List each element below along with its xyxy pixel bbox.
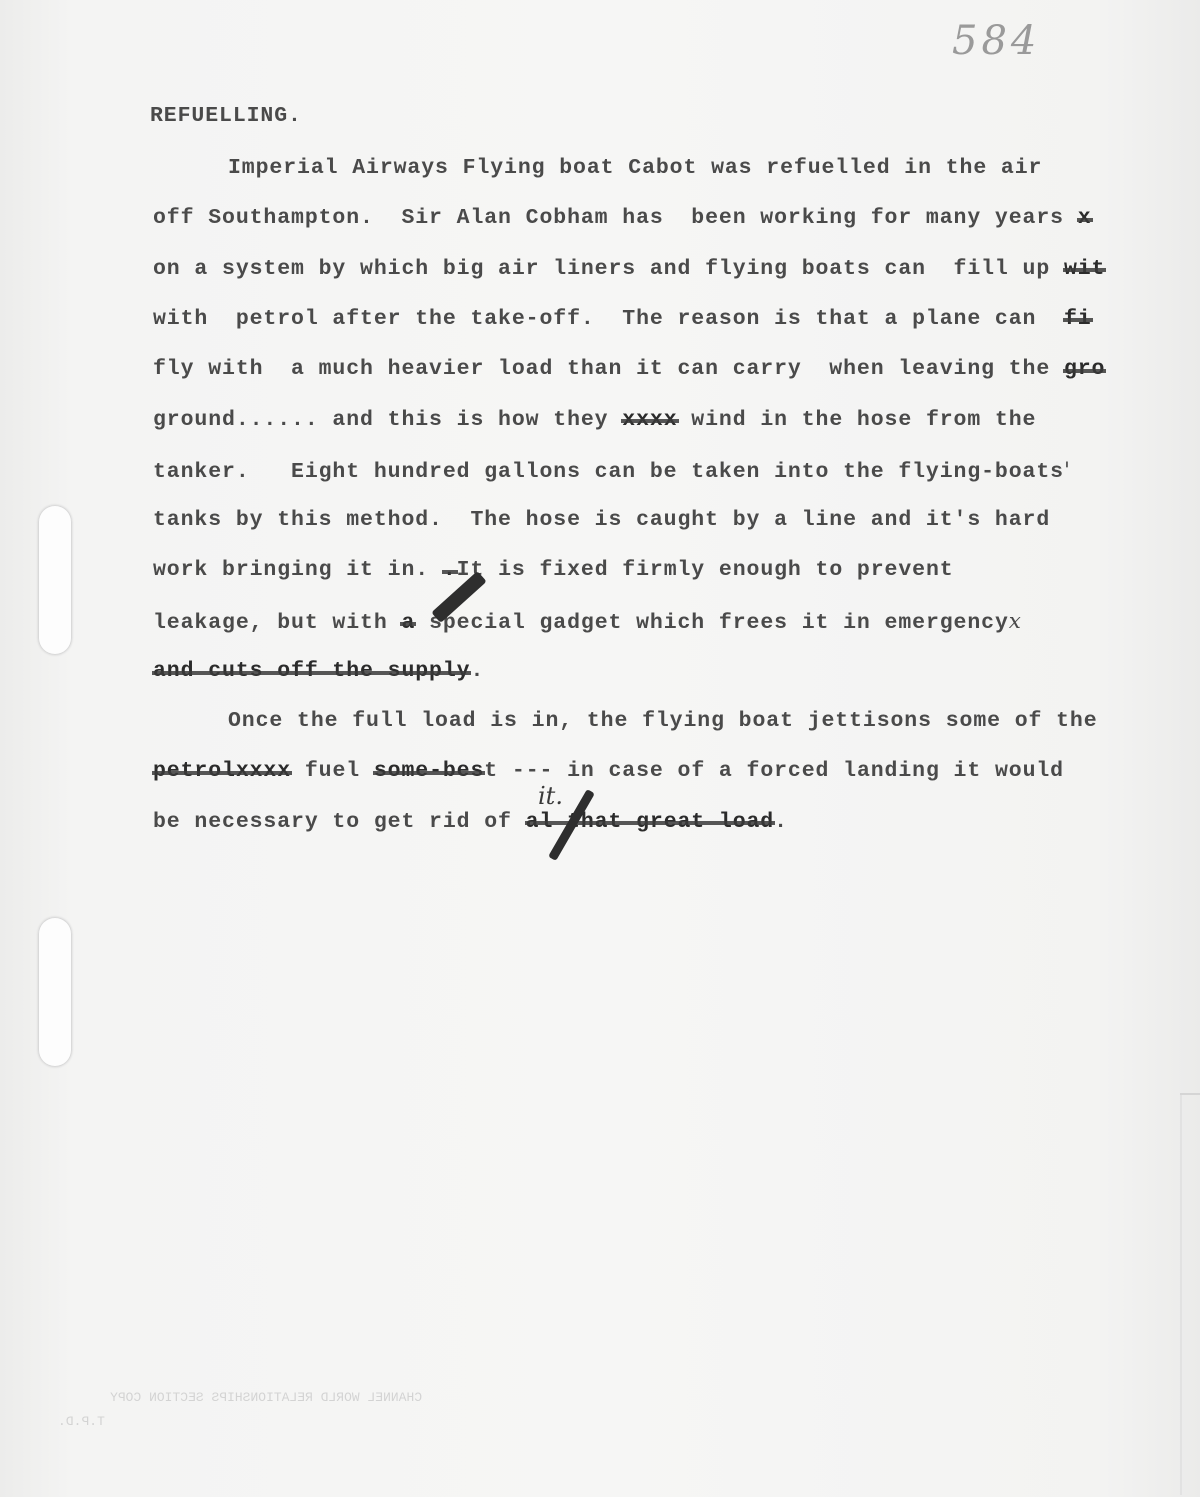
handwritten-mark: ': [1064, 458, 1071, 483]
typed-text: tanks by this method. The hose is caught…: [153, 508, 1050, 532]
struck-through-text: xxxx: [622, 408, 677, 432]
struck-through-text: a: [401, 611, 415, 635]
typed-text: .: [470, 659, 484, 683]
typed-text: leakage, but with: [153, 611, 401, 635]
body-line: leakage, but with a special gadget which…: [153, 609, 1022, 635]
body-line: on a system by which big air liners and …: [153, 257, 1105, 281]
struck-through-text: and cuts off the supply: [153, 659, 470, 683]
body-line: be necessary to get rid of al that great…: [153, 810, 788, 834]
struck-through-text: some-bes: [374, 759, 484, 783]
page-edge-mark: [1180, 1093, 1200, 1095]
body-line: fly with a much heavier load than it can…: [153, 357, 1105, 381]
punch-hole-bottom: [38, 917, 72, 1067]
typed-text: special gadget which frees it in emergen…: [415, 611, 1009, 635]
page-edge-line: [1180, 1095, 1182, 1495]
typed-text: ground...... and this is how they: [153, 408, 622, 432]
bleed-through-stamp: CHANNEL WORLD RELATIONSHIPS SECTION COPY: [110, 1390, 422, 1405]
typed-text: wind in the hose from the: [678, 408, 1037, 432]
body-line: Once the full load is in, the flying boa…: [228, 709, 1098, 733]
body-line: with petrol after the take-off. The reas…: [153, 307, 1092, 331]
body-line: and cuts off the supply.: [153, 659, 484, 683]
typed-text: off Southampton. Sir Alan Cobham has bee…: [153, 206, 1078, 230]
typed-text: on a system by which big air liners and …: [153, 257, 1064, 281]
body-line: off Southampton. Sir Alan Cobham has bee…: [153, 206, 1092, 230]
handwritten-page-number: 584: [952, 18, 1040, 64]
struck-through-text: x: [1078, 206, 1092, 230]
body-line: Imperial Airways Flying boat Cabot was r…: [228, 156, 1042, 180]
punch-hole-top: [38, 505, 72, 655]
typed-text: Once the full load is in, the flying boa…: [228, 709, 1098, 733]
typed-text: t --- in case of a forced landing it wou…: [484, 759, 1064, 783]
struck-through-text: wit: [1064, 257, 1105, 281]
body-line: petrolxxxx fuel some-best --- in case of…: [153, 759, 1064, 783]
typed-text: be necessary to get rid of: [153, 810, 526, 834]
document-page: 584 REFUELLING. Imperial Airways Flying …: [0, 0, 1200, 1497]
document-heading: REFUELLING.: [150, 104, 302, 128]
body-line: tanks by this method. The hose is caught…: [153, 508, 1050, 532]
body-line: ground...... and this is how they xxxx w…: [153, 408, 1036, 432]
typed-text: tanker. Eight hundred gallons can be tak…: [153, 460, 1064, 484]
struck-through-text: fi: [1064, 307, 1092, 331]
typed-text: .: [774, 810, 788, 834]
handwritten-mark: x: [1009, 609, 1022, 634]
struck-through-text: gro: [1064, 357, 1105, 381]
typed-text: It is fixed firmly enough to prevent: [457, 558, 954, 582]
body-line: work bringing it in. .It is fixed firmly…: [153, 558, 954, 582]
typed-text: Imperial Airways Flying boat Cabot was r…: [228, 156, 1042, 180]
bleed-through-initials: T.P.D.: [58, 1414, 105, 1429]
struck-through-text: .: [443, 558, 457, 582]
typed-text: with petrol after the take-off. The reas…: [153, 307, 1064, 331]
typed-text: work bringing it in.: [153, 558, 443, 582]
body-line: tanker. Eight hundred gallons can be tak…: [153, 458, 1071, 484]
typed-text: fuel: [291, 759, 374, 783]
handwritten-insertion: it.: [538, 782, 563, 810]
typed-text: fly with a much heavier load than it can…: [153, 357, 1064, 381]
struck-through-text: petrolxxxx: [153, 759, 291, 783]
